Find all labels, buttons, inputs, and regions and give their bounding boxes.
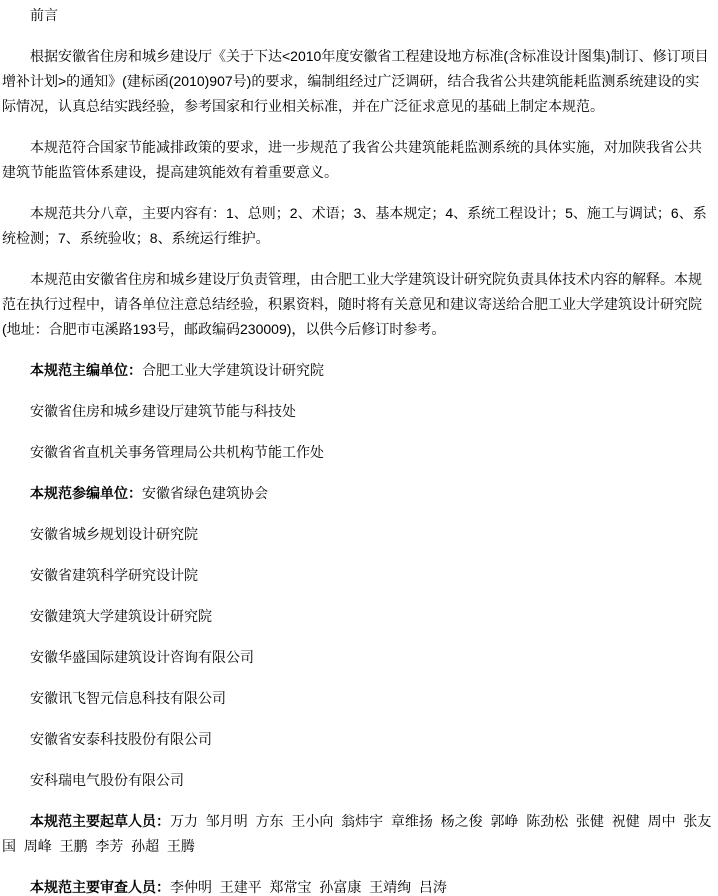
co-editor-unit-label: 本规范参编单位：	[30, 485, 142, 501]
co-editor-org-line: 安徽省建筑科学研究设计院	[2, 563, 712, 588]
reviewers-label: 本规范主要审查人员：	[30, 879, 170, 895]
reviewers-line: 本规范主要审查人员：李仲明 王建平 郑常宝 孙富康 王靖绚 吕涛	[2, 875, 712, 896]
paragraph-chapter-overview: 本规范共分八章，主要内容有：1、总则；2、术语；3、基本规定；4、系统工程设计；…	[2, 201, 712, 251]
paragraph-standard-basis: 根据安徽省住房和城乡建设厅《关于下达<2010年度安徽省工程建设地方标准(含标准…	[2, 44, 712, 119]
chief-editor-unit-value: 合肥工业大学建筑设计研究院	[142, 362, 324, 378]
paragraph-management-contact: 本规范由安徽省住房和城乡建设厅负责管理，由合肥工业大学建筑设计研究院负责具体技术…	[2, 267, 712, 342]
paragraph-significance: 本规范符合国家节能减排政策的要求，进一步规范了我省公共建筑能耗监测系统的具体实施…	[2, 135, 712, 185]
foreword-title: 前言	[2, 3, 712, 28]
chief-editor-org-line: 安徽省省直机关事务管理局公共机构节能工作处	[2, 440, 712, 465]
co-editor-unit-line: 本规范参编单位：安徽省绿色建筑协会	[2, 481, 712, 506]
reviewers-names: 李仲明 王建平 郑常宝 孙富康 王靖绚 吕涛	[170, 879, 447, 895]
chief-editor-unit-label: 本规范主编单位：	[30, 362, 142, 378]
drafters-line: 本规范主要起草人员：万力 邹月明 方东 王小向 翁炜宇 章维扬 杨之俊 郭峥 陈…	[2, 809, 712, 859]
co-editor-org-line: 安徽省安泰科技股份有限公司	[2, 727, 712, 752]
co-editor-org-line: 安徽建筑大学建筑设计研究院	[2, 604, 712, 629]
chief-editor-unit-line: 本规范主编单位：合肥工业大学建筑设计研究院	[2, 358, 712, 383]
co-editor-org-line: 安徽华盛国际建筑设计咨询有限公司	[2, 645, 712, 670]
co-editor-org-line: 安徽省城乡规划设计研究院	[2, 522, 712, 547]
co-editor-unit-value: 安徽省绿色建筑协会	[142, 485, 268, 501]
co-editor-org-line: 安徽讯飞智元信息科技有限公司	[2, 686, 712, 711]
chief-editor-org-line: 安徽省住房和城乡建设厅建筑节能与科技处	[2, 399, 712, 424]
co-editor-org-line: 安科瑞电气股份有限公司	[2, 768, 712, 793]
drafters-label: 本规范主要起草人员：	[30, 813, 170, 829]
foreword-document: 前言 根据安徽省住房和城乡建设厅《关于下达<2010年度安徽省工程建设地方标准(…	[0, 0, 718, 896]
